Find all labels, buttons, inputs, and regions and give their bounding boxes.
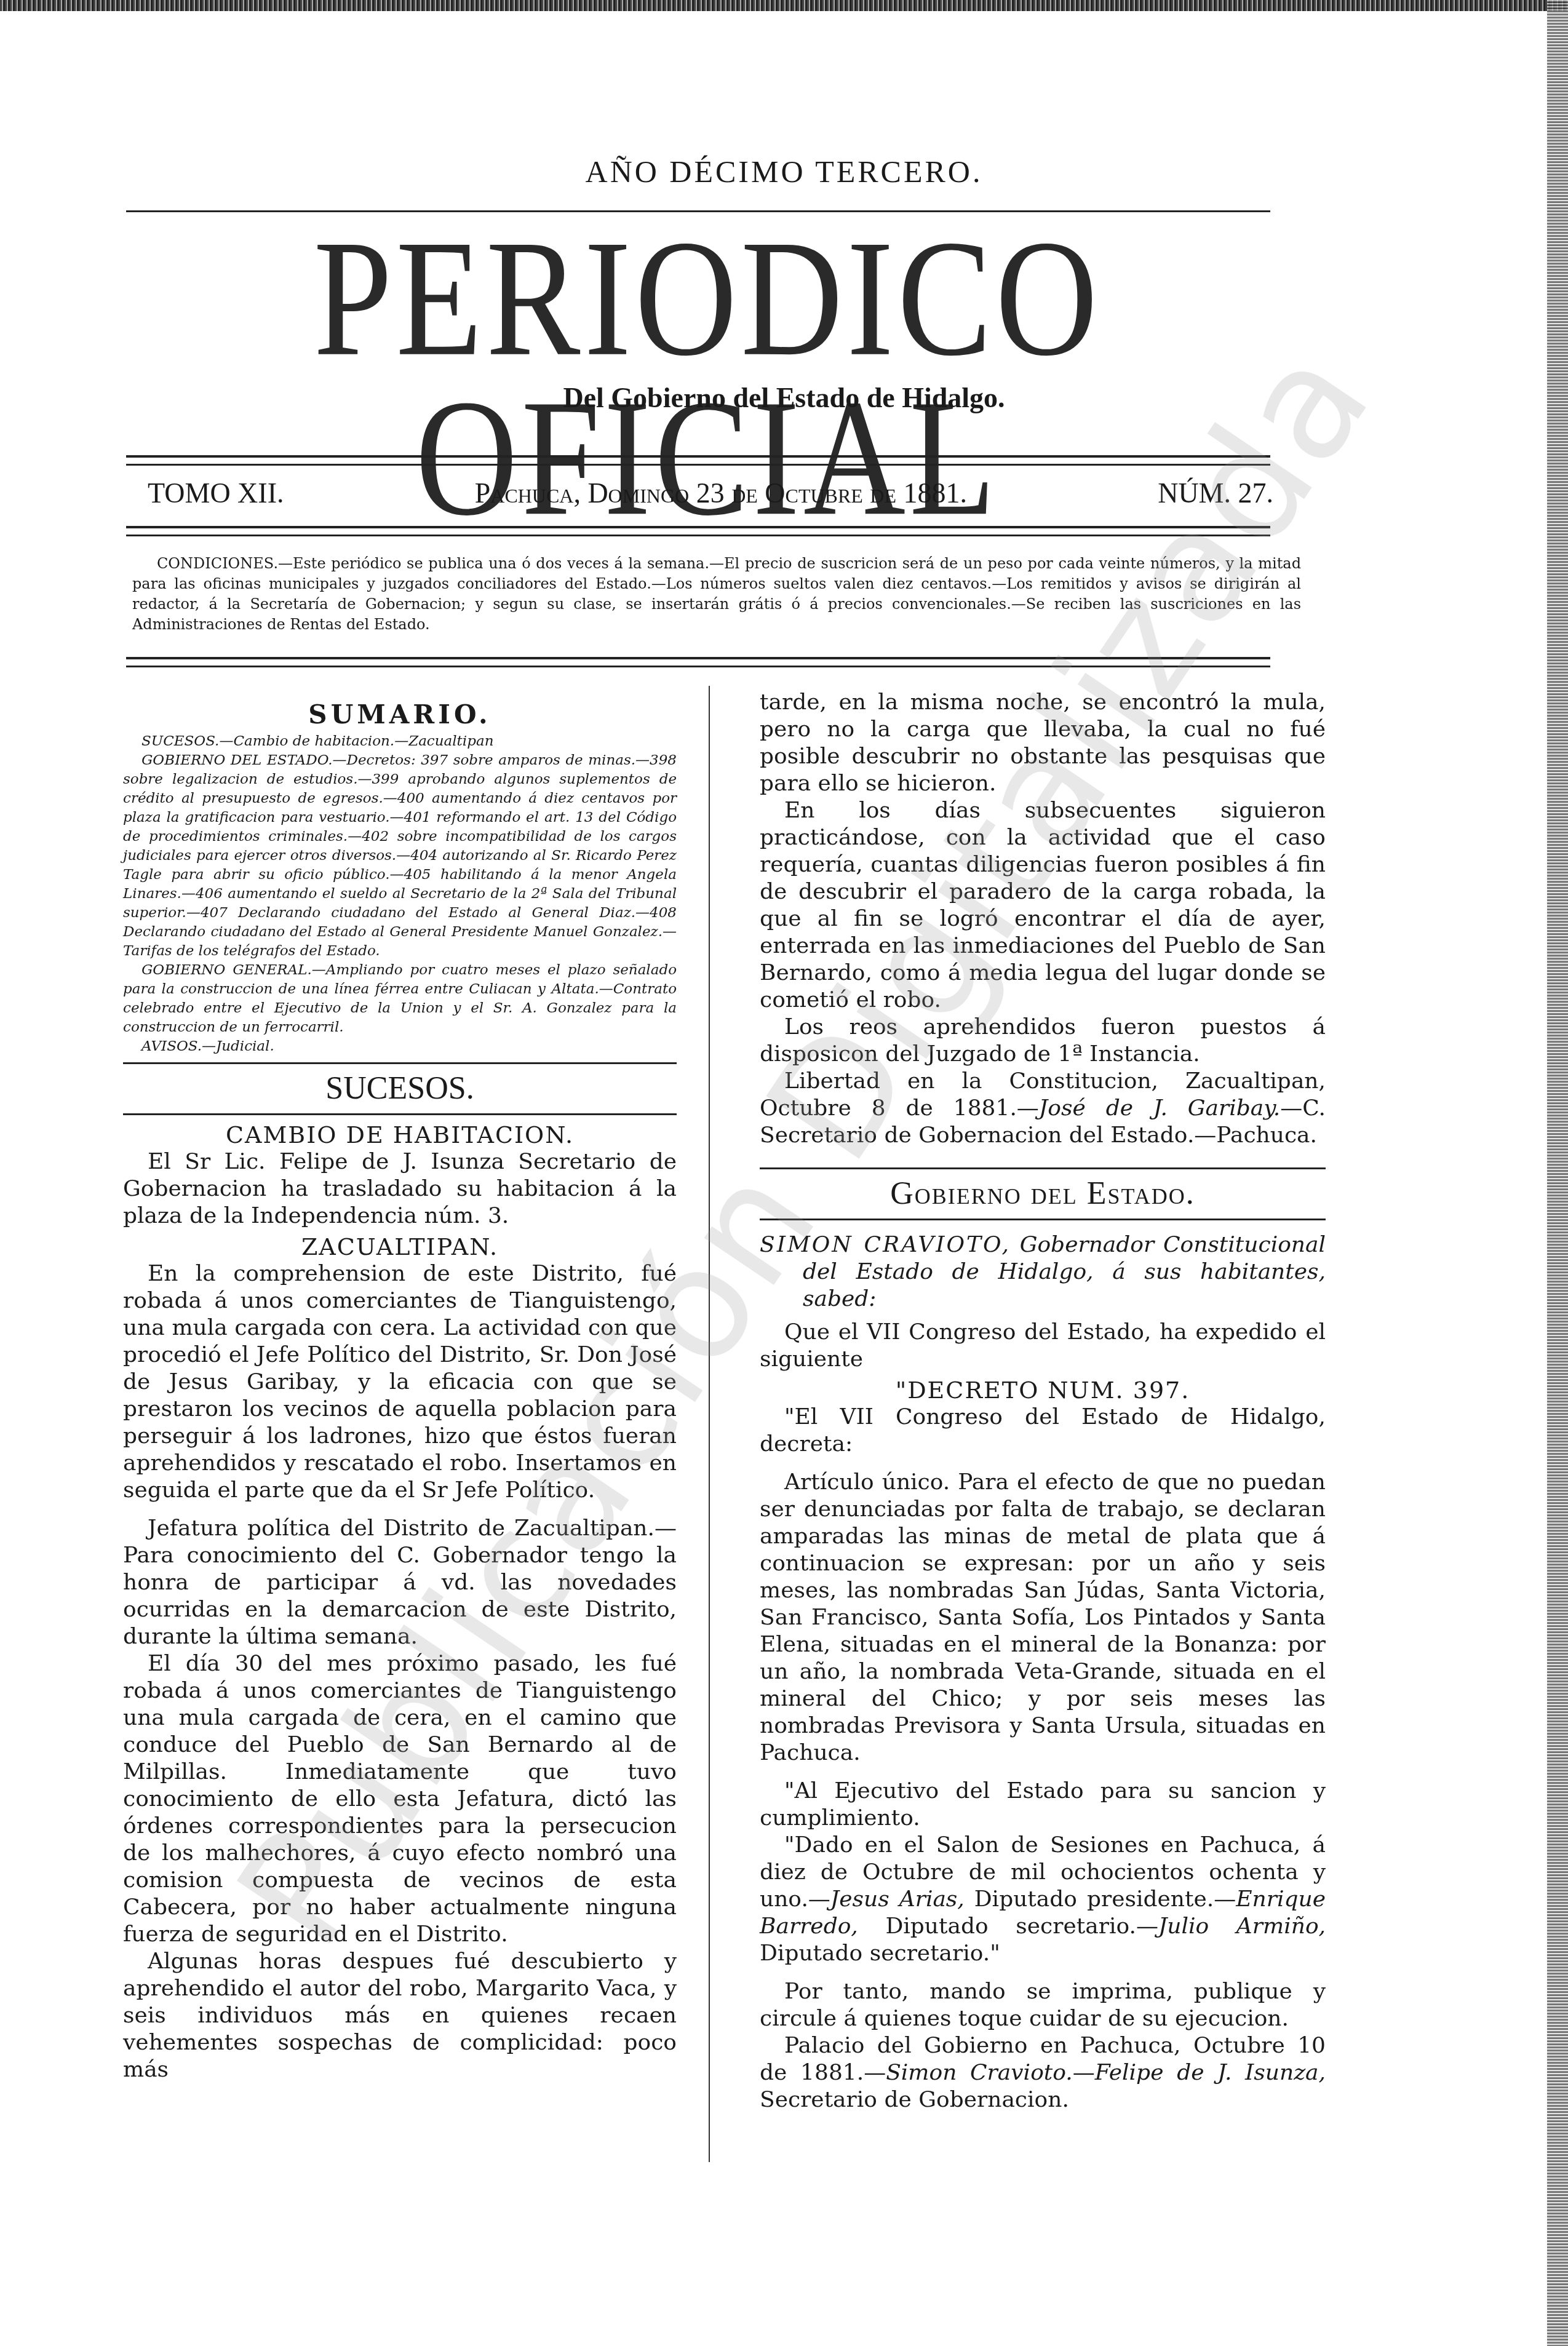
governor-heading: SIMON CRAVIOTO, Gobernador Constituciona… [760, 1231, 1326, 1313]
article-paragraph: "El VII Congreso del Estado de Hidalgo, … [760, 1404, 1326, 1458]
divider [126, 657, 1270, 659]
sumario-item: GOBIERNO GENERAL.—Ampliando por cuatro m… [123, 961, 677, 1037]
article-paragraph: Jefatura política del Distrito de Zacual… [123, 1515, 677, 1650]
right-column: tarde, en la misma noche, se encontró la… [760, 689, 1326, 2113]
article-paragraph: Que el VII Congreso del Estado, ha exped… [760, 1319, 1326, 1373]
article-paragraph: "Dado en el Salon de Sesiones en Pachuca… [760, 1832, 1326, 1967]
subhead-cambio: CAMBIO DE HABITACION. [123, 1121, 677, 1148]
article-paragraph: En la comprehension de este Distrito, fu… [123, 1260, 677, 1504]
article-paragraph: tarde, en la misma noche, se encontró la… [760, 689, 1326, 797]
signature: José de J. Garibay. [1039, 1095, 1280, 1121]
left-column: SUMARIO. SUCESOS.—Cambio de habitacion.—… [123, 689, 677, 2083]
signature-role: Diputado secretario." [760, 1941, 1000, 1966]
place-date: Pachuca, Domingo 23 de Octubre de 1881. [475, 477, 967, 509]
subhead-zacualtipan: ZACUALTIPAN. [123, 1233, 677, 1260]
column-divider [709, 686, 710, 2162]
article-paragraph: El Sr Lic. Felipe de J. Isunza Secretari… [123, 1148, 677, 1230]
dateline: TOMO XII. Pachuca, Domingo 23 de Octubre… [148, 477, 1273, 509]
article-paragraph: En los días subsecuentes siguieron pract… [760, 797, 1326, 1014]
subscription-conditions: CONDICIONES.—Este periódico se publica u… [132, 554, 1301, 635]
sumario: SUCESOS.—Cambio de habitacion.—Zacualtip… [123, 732, 677, 1056]
separator: — [1073, 2060, 1095, 2085]
article-paragraph: Los reos aprehendidos fueron puestos á d… [760, 1014, 1326, 1068]
year-line: AÑO DÉCIMO TERCERO. [0, 154, 1568, 189]
signature: Simon Cravioto. [886, 2060, 1073, 2085]
signature: Jesus Arias, [830, 1887, 965, 1912]
scan-top-edge [0, 0, 1568, 11]
signature: Felipe de J. Isunza, [1095, 2060, 1326, 2085]
decree-title: "DECRETO NUM. 397. [760, 1377, 1326, 1404]
sumario-item: GOBIERNO DEL ESTADO.—Decretos: 397 sobre… [123, 751, 677, 961]
article-paragraph: Algunas horas despues fué descubierto y … [123, 1948, 677, 2083]
section-sucesos: SUCESOS. [123, 1062, 677, 1115]
sumario-item: SUCESOS.—Cambio de habitacion.—Zacualtip… [123, 732, 677, 751]
article-paragraph: El día 30 del mes próximo pasado, les fu… [123, 1650, 677, 1948]
sumario-title: SUMARIO. [123, 701, 677, 728]
issue-number: NÚM. 27. [1158, 477, 1273, 509]
divider [126, 455, 1270, 458]
article-paragraph: Por tanto, mando se imprima, publique y … [760, 1978, 1326, 2032]
article-paragraph: "Al Ejecutivo del Estado para su sancion… [760, 1778, 1326, 1832]
governor-name: SIMON CRAVIOTO, [760, 1232, 1011, 1257]
article-paragraph: Palacio del Gobierno en Pachuca, Octubre… [760, 2032, 1326, 2113]
sumario-item: AVISOS.—Judicial. [123, 1037, 677, 1056]
divider [126, 526, 1270, 528]
article-closing: Libertad en la Constitucion, Zacualtipan… [760, 1068, 1326, 1149]
tomo-label: TOMO XII. [148, 477, 284, 509]
signature: Julio Armiño, [1158, 1914, 1326, 1939]
signature-role: Secretario de Gobernacion. [760, 2087, 1069, 2112]
signature-role: Diputado presidente.— [965, 1887, 1236, 1912]
signature-role: Diputado secretario.— [858, 1914, 1158, 1939]
section-gobierno: Gobierno del Estado. [760, 1167, 1326, 1220]
masthead-subtitle: Del Gobierno del Estado de Hidalgo. [0, 381, 1568, 414]
article-paragraph: Artículo único. Para el efecto de que no… [760, 1469, 1326, 1767]
scan-right-edge [1547, 0, 1568, 2346]
